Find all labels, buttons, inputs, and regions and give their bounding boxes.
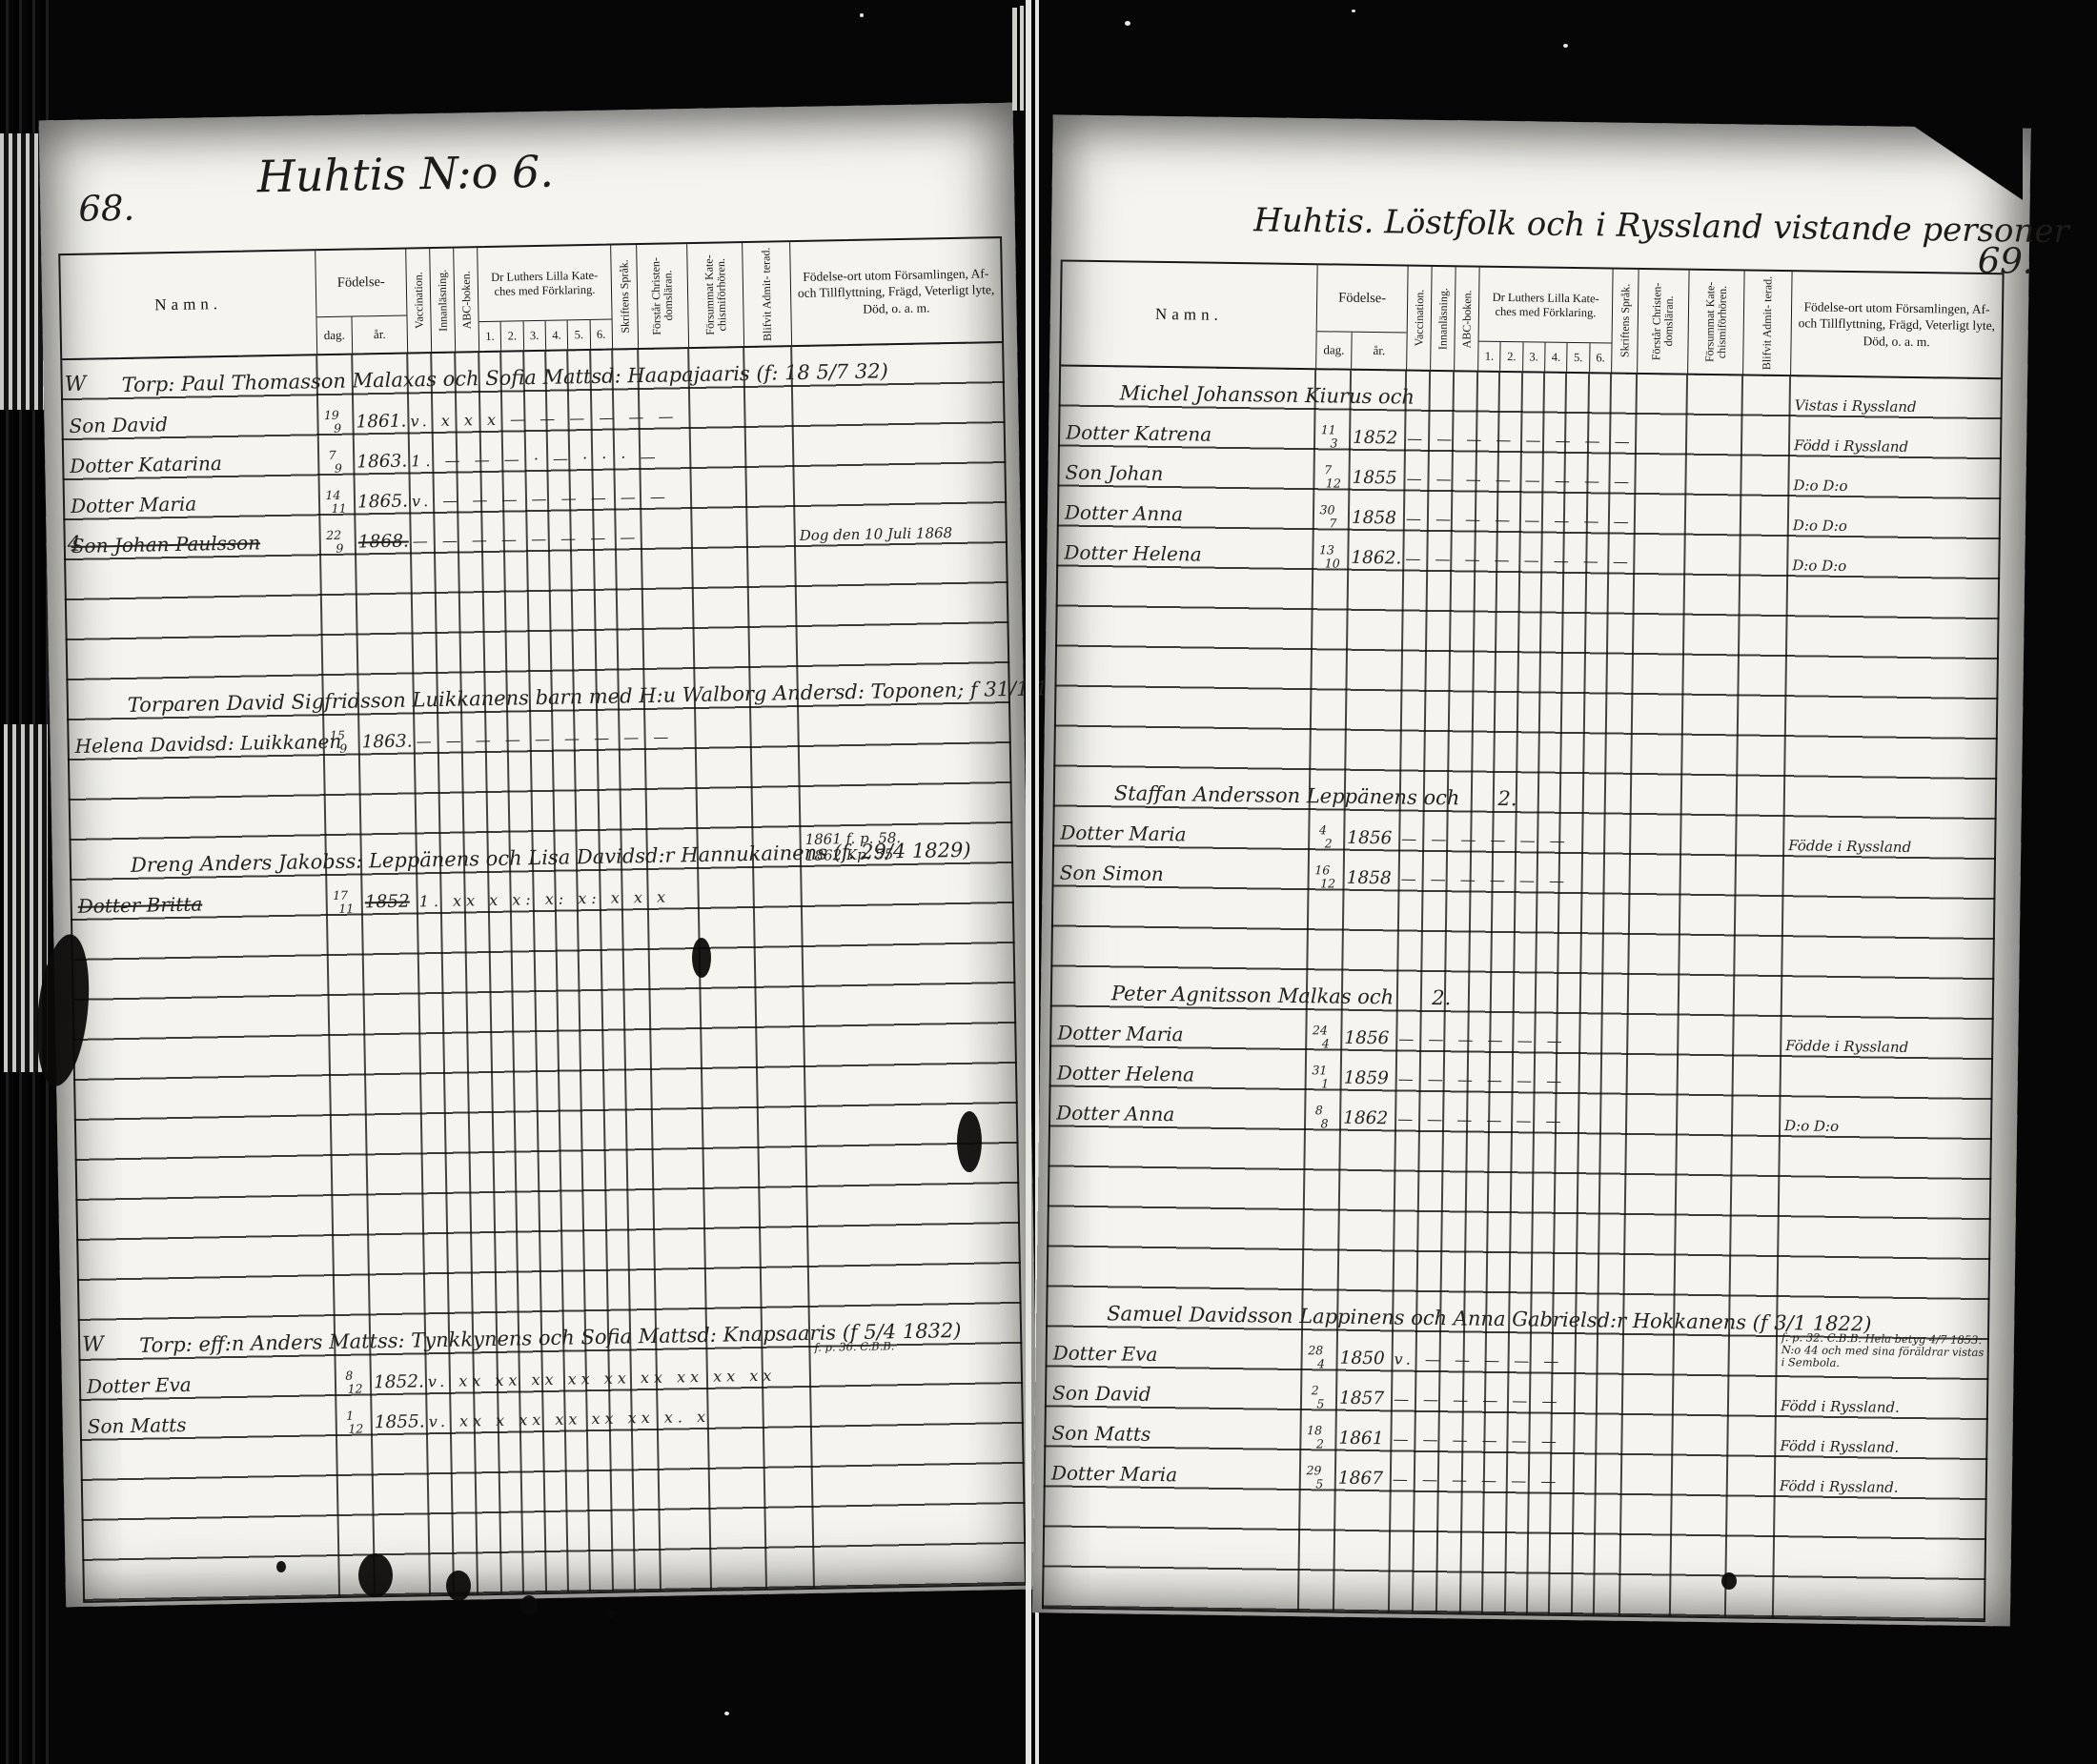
column-header-kateches: Dr Luthers Lilla Kate- ches med Förklari… xyxy=(1478,268,1613,373)
entry-marks: v. — — — — — xyxy=(1394,1349,1563,1369)
book-gutter xyxy=(1012,8,1017,111)
kateches-col-2: 2. xyxy=(501,321,524,350)
entry-birth-year: 1861 xyxy=(1335,1429,1394,1450)
column-header-vaccination: Vaccination. xyxy=(412,272,425,329)
entry-marks: 1. — — — · — · · · — xyxy=(411,448,661,471)
entry-birth-year: 1852 xyxy=(1350,428,1408,449)
entry-marks: v. xx xx xx xx xx xx xx xx xx xyxy=(428,1367,777,1391)
entry-name: Son Johan xyxy=(1065,461,1163,485)
entry-name: Peter Agnitsson Malkas och 2. xyxy=(1111,982,1452,1009)
entry-name: Dotter Katarina xyxy=(70,452,222,477)
entry-birth-year: 1863. xyxy=(354,451,412,472)
entry-name: Dotter Eva xyxy=(87,1373,192,1398)
kateches-col-5: 5. xyxy=(568,320,591,349)
table-header-right: Namn. Födelse- dag. år. Vaccination. Inn… xyxy=(1059,259,2004,379)
entry-birth-year: 1867 xyxy=(1335,1469,1394,1490)
entry-birth-day: 42 xyxy=(1308,820,1343,850)
entry-note: D:o D:o xyxy=(1792,558,1996,577)
ink-blot xyxy=(276,1561,286,1572)
entry-marks: — — — — — — — — xyxy=(1405,550,1633,571)
entry-name: Son Matts xyxy=(88,1413,187,1438)
column-header-forsummat: Försummat Kate- chismiförhören. xyxy=(1703,271,1729,374)
column-header-fodelse-label: Födelse- xyxy=(316,250,406,318)
entry-name: Dotter Anna xyxy=(1056,1101,1174,1125)
column-header-innanlasning: Innanläsning. xyxy=(1436,287,1450,349)
entry-birth-year: 1868. xyxy=(356,531,414,552)
kateches-col-3: 3. xyxy=(1523,342,1546,371)
entry-name: Son David xyxy=(1052,1381,1151,1405)
ink-blot xyxy=(692,938,711,978)
entry-name: Son Johan Paulsson xyxy=(71,531,261,558)
entry-birth-year: 1855. xyxy=(372,1411,430,1432)
register-table-right: Namn. Födelse- dag. år. Vaccination. Inn… xyxy=(1042,259,2005,1622)
entry-birth-year: 1862 xyxy=(1340,1108,1398,1129)
entry-birth-day: 113 xyxy=(1313,419,1349,450)
entry-birth-day: 182 xyxy=(1299,1420,1334,1450)
entry-name: Dotter Maria xyxy=(71,493,197,517)
entry-marks: — — — — — — xyxy=(1393,1429,1561,1450)
entry-marks: — — — — — — xyxy=(1398,1069,1567,1089)
entry-note: f. p. 36. C.B.B. xyxy=(814,1338,1018,1354)
entry-name: Dotter Eva xyxy=(1053,1341,1158,1366)
entry-birth-day: 311 xyxy=(1305,1060,1340,1090)
page-number-left: 68. xyxy=(78,188,135,230)
dust-speck xyxy=(1125,21,1130,26)
ink-blot xyxy=(957,1111,982,1172)
entry-marks: — — — — — — — — xyxy=(1406,470,1634,491)
entry-name: Dotter Katrena xyxy=(1066,421,1211,446)
entry-birth-day: 1310 xyxy=(1312,539,1347,570)
entry-birth-day: 1711 xyxy=(325,884,361,915)
column-header-forstar: Förstår Christen- domsläran. xyxy=(1651,270,1677,373)
entry-birth-year: 1850 xyxy=(1336,1348,1395,1369)
entry-name: Michel Johansson Kiurus och xyxy=(1120,381,1415,408)
entry-marks: — — — — — — — — xyxy=(1407,430,1635,451)
kateches-line2: ches med Förklaring. xyxy=(494,282,595,297)
kateches-col-2: 2. xyxy=(1500,342,1523,371)
entry-birth-day: 88 xyxy=(1304,1100,1339,1130)
column-header-ar: år. xyxy=(1352,333,1407,370)
entry-birth-day: 1411 xyxy=(318,485,355,516)
entry-marks: — — — — — — xyxy=(1397,1109,1566,1129)
entry-note: Född i Ryssland. xyxy=(1781,1398,1985,1417)
entry-birth-day: 25 xyxy=(1300,1380,1335,1410)
column-header-innanlasning: Innanläsning. xyxy=(436,269,449,331)
column-header-vaccination: Vaccination. xyxy=(1413,290,1425,347)
book-gutter xyxy=(1026,0,1031,1764)
kateches-col-4: 4. xyxy=(546,320,569,349)
ink-blot xyxy=(520,1595,538,1616)
column-header-abc-boken: ABC-boken. xyxy=(1460,290,1473,348)
kateches-line2: ches med Förklaring. xyxy=(1495,304,1596,319)
entry-note: Född i Ryssland. xyxy=(1780,1478,1984,1497)
entry-birth-year: 1852. xyxy=(371,1371,429,1392)
margin-mark: W xyxy=(82,1333,104,1357)
entry-name: Dotter Maria xyxy=(1060,821,1187,846)
entry-marks: — — — — — — xyxy=(1401,870,1570,890)
column-header-fodelse-label: Födelse- xyxy=(1317,265,1408,333)
kateches-col-3: 3. xyxy=(523,321,546,350)
kateches-col-6: 6. xyxy=(590,320,612,349)
entry-note: Dog den 10 Juli 1868 xyxy=(800,524,1004,544)
dust-speck xyxy=(1563,44,1568,48)
entry-marks: — — — — — — — — xyxy=(1406,510,1634,531)
entry-note: Födde i Ryssland xyxy=(1788,838,1992,857)
entry-birth-year: 1862. xyxy=(1348,548,1406,569)
left-page: 68. Huhtis N:o 6. Namn. Födelse- dag. år… xyxy=(39,103,1040,1607)
entry-name: Son David xyxy=(69,413,168,437)
entry-name: Dotter Maria xyxy=(1057,1021,1184,1045)
entry-name: Son Matts xyxy=(1051,1421,1150,1445)
dust-speck xyxy=(724,1712,729,1715)
kateches-col-1: 1. xyxy=(1478,342,1501,371)
page-title-left: Huhtis N:o 6. xyxy=(256,146,554,203)
column-header-blifvit: Blifvit Admit- terad. xyxy=(1761,276,1774,370)
entry-marks: v. — — — — — — — — xyxy=(412,487,670,510)
kateches-col-6: 6. xyxy=(1590,343,1612,372)
entry-note: f. p. 32. C.B.B. Hela betyg 4/7 1853. N:… xyxy=(1781,1331,1986,1371)
dust-speck xyxy=(1352,10,1355,12)
entry-note: D:o D:o xyxy=(1784,1118,1988,1137)
table-body-left: WTorp: Paul Thomasson Malaxas och Sofia … xyxy=(60,343,1027,1603)
entry-birth-year: 1858 xyxy=(1344,868,1402,889)
entry-name: Dotter Britta xyxy=(78,893,203,918)
entry-marks: v. x x x — — — — — — xyxy=(410,407,678,430)
entry-birth-day: 712 xyxy=(1313,459,1348,490)
entry-birth-year: 1865. xyxy=(355,491,413,512)
entry-birth-year: 1857 xyxy=(1336,1389,1395,1409)
entry-name: Son Simon xyxy=(1060,862,1164,886)
column-header-ar: år. xyxy=(352,315,407,353)
entry-birth-day: 284 xyxy=(1300,1340,1335,1370)
entry-note: Född i Ryssland xyxy=(1794,437,1998,456)
column-header-forsummat: Försummat Kate- chismiförhören. xyxy=(702,243,728,346)
entry-birth-day: 79 xyxy=(317,445,354,476)
margin-mark: W xyxy=(64,373,86,396)
book-gutter xyxy=(1020,6,1024,111)
entry-note: D:o D:o xyxy=(1793,517,1997,537)
entry-birth-year: 1852 xyxy=(362,891,420,912)
ink-blot xyxy=(606,1609,615,1618)
column-header-abc-boken: ABC-boken. xyxy=(459,271,473,329)
entry-birth-year: 1856 xyxy=(1341,1028,1399,1049)
entry-birth-year: 1856 xyxy=(1344,828,1402,849)
entry-birth-year: 1861. xyxy=(353,411,411,432)
column-header-blifvit: Blifvit Admit- terad. xyxy=(760,247,773,341)
entry-birth-year: 1863. xyxy=(358,731,417,752)
column-header-kateches: Dr Luthers Lilla Kate- ches med Förklari… xyxy=(478,246,613,352)
entry-note: Vistas i Ryssland xyxy=(1795,397,1999,416)
kateches-line1: Dr Luthers Lilla Kate- xyxy=(1493,291,1599,306)
scanned-register-spread: 68. Huhtis N:o 6. Namn. Födelse- dag. år… xyxy=(0,0,2097,1764)
entry-note: Födde i Ryssland xyxy=(1785,1038,1989,1057)
column-header-namn: Namn. xyxy=(1061,261,1317,368)
entry-note: Född i Ryssland. xyxy=(1780,1438,1984,1457)
ink-blot xyxy=(358,1553,393,1597)
column-header-skriftens-sprak: Skriftens Språk. xyxy=(618,260,631,335)
entry-name: Helena Davidsd: Luikkanen xyxy=(74,730,341,758)
entry-birth-year: 1858 xyxy=(1349,508,1407,529)
entry-name: Dotter Helena xyxy=(1064,541,1202,566)
entry-name: Staffan Andersson Leppänens och 2. xyxy=(1114,781,1517,810)
entry-birth-day: 295 xyxy=(1299,1460,1334,1490)
entry-name: Dotter Maria xyxy=(1051,1461,1178,1486)
dust-speck xyxy=(860,13,864,17)
column-header-dag: dag. xyxy=(316,317,353,355)
kateches-col-5: 5. xyxy=(1567,343,1590,372)
column-header-fodelseort: Födelse-ort utom Församlingen, Af- och T… xyxy=(790,238,1002,345)
column-header-skriftens-sprak: Skriftens Språk. xyxy=(1619,284,1632,357)
entry-name: Dotter Helena xyxy=(1057,1061,1195,1085)
entry-birth-year: 1855 xyxy=(1349,468,1407,489)
column-header-forstar: Förstår Christen- domsläran. xyxy=(650,244,676,347)
ink-blot xyxy=(1721,1572,1737,1590)
entry-marks: — — — — — — xyxy=(1401,830,1570,850)
entry-marks: v. xx x xx xx xx xx x. x xyxy=(429,1408,711,1430)
entry-marks: — — — — — — xyxy=(1394,1389,1562,1409)
entry-marks: — — — — — — — — xyxy=(413,528,641,550)
page-title-right: Huhtis. Löstfolk och i Ryssland vistande… xyxy=(1253,201,2069,251)
table-header-left: Namn. Födelse- dag. år. Vaccination. Inn… xyxy=(58,236,1004,360)
entry-marks: — — — — — — — — — xyxy=(416,727,673,750)
column-header-fodelse: Födelse- dag. år. xyxy=(316,249,408,354)
entry-birth-day: 244 xyxy=(1305,1020,1340,1050)
entry-birth-day: 112 xyxy=(335,1405,371,1435)
column-header-fodelse: Födelse- dag. år. xyxy=(1316,265,1408,369)
entry-marks: — — — — — — xyxy=(1393,1470,1561,1490)
column-header-dag: dag. xyxy=(1316,332,1353,369)
kateches-col-1: 1. xyxy=(479,322,502,351)
entry-birth-day: 1612 xyxy=(1307,860,1342,890)
entry-name: Dotter Anna xyxy=(1065,501,1183,526)
film-edge-streaks xyxy=(0,133,44,410)
entry-birth-day: 159 xyxy=(322,725,358,756)
column-header-namn: Namn. xyxy=(60,251,317,358)
register-table-left: Namn. Födelse- dag. år. Vaccination. Inn… xyxy=(58,236,1027,1603)
table-body-right: Michel Johansson Kiurus ochVistas i Ryss… xyxy=(1042,366,2003,1622)
entry-marks: 1. xx x x: x: x: x x x xyxy=(419,888,671,911)
entry-marks: — — — — — — xyxy=(1398,1029,1567,1049)
ink-blot xyxy=(446,1571,471,1601)
entry-note: D:o D:o xyxy=(1793,477,1997,497)
entry-birth-day: 812 xyxy=(335,1365,371,1395)
entry-birth-day: 199 xyxy=(316,405,353,436)
entry-birth-day: 229 xyxy=(318,525,355,556)
kateches-col-4: 4. xyxy=(1545,343,1568,372)
entry-birth-year: 1859 xyxy=(1341,1068,1399,1089)
right-page: Huhtis. Löstfolk och i Ryssland vistande… xyxy=(1032,114,2031,1626)
entry-note: 1861 f. p. 58. 1862 Kp. 55 xyxy=(804,828,1009,864)
column-header-fodelseort: Födelse-ort utom Församlingen, Af- och T… xyxy=(1791,272,2002,377)
entry-birth-day: 307 xyxy=(1313,499,1348,530)
